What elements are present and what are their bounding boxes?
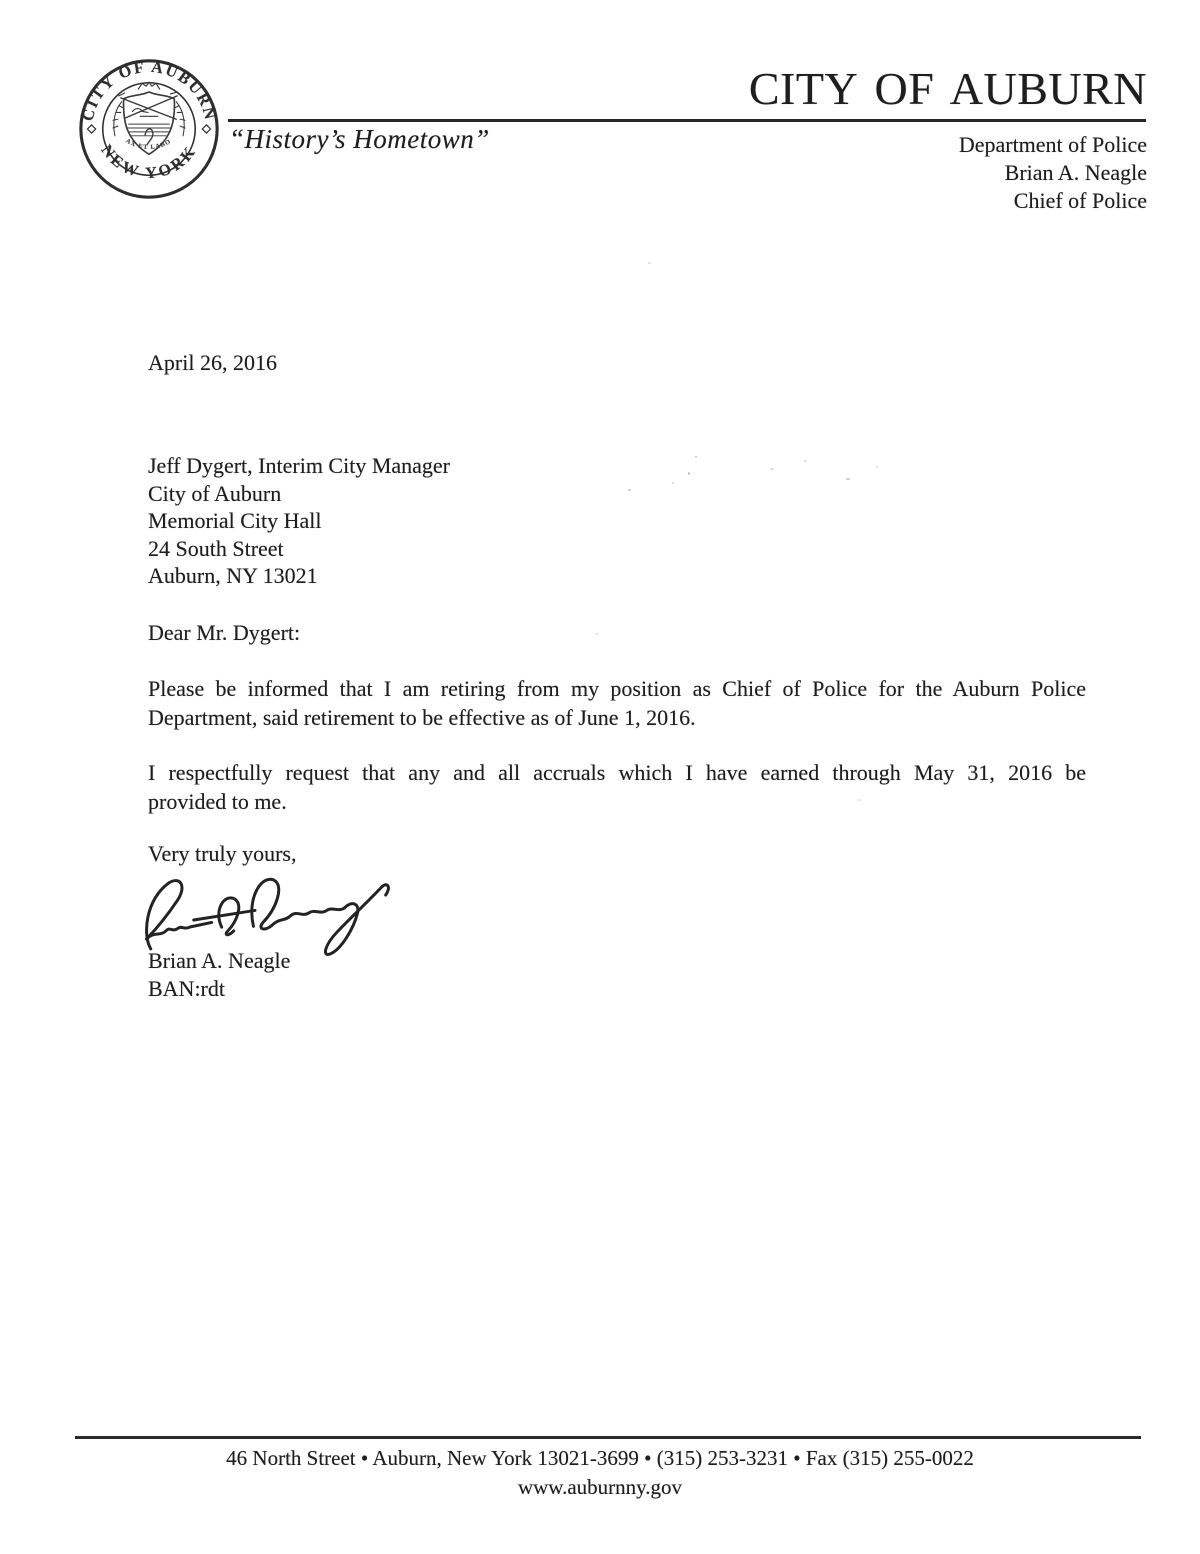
recipient-line: City of Auburn [148,480,450,508]
recipient-line: Auburn, NY 13021 [148,562,450,590]
recipient-address-block: Jeff Dygert, Interim City Manager City o… [148,452,450,590]
footer-address-line: 46 North Street • Auburn, New York 13021… [0,1446,1200,1471]
officer-name-line: Brian A. Neagle [959,159,1147,187]
closing-line: Very truly yours, [148,841,296,867]
scan-speckle [648,262,651,264]
scan-speckle [770,468,774,470]
letter-date: April 26, 2016 [148,350,277,376]
recipient-line: 24 South Street [148,535,450,563]
seal-top-text: CITY OF AUBURN [79,59,218,123]
scan-speckle [695,456,697,458]
recipient-line: Memorial City Hall [148,507,450,535]
scan-speckle [804,460,807,462]
svg-text:CITY OF AUBURN: CITY OF AUBURN [79,59,218,123]
scan-speckle [876,466,878,468]
letterhead-title: CITY OF AUBURN [749,62,1147,115]
footer-website: www.auburnny.gov [0,1475,1200,1500]
scan-speckle [672,482,674,484]
reference-initials: BAN:rdt [148,976,225,1002]
footer-rule [75,1436,1141,1439]
body-paragraph-1: Please be informed that I am retiring fr… [148,674,1086,732]
scan-speckle [628,489,631,491]
salutation: Dear Mr. Dygert: [148,620,300,646]
paragraph-line: provided to me. [148,787,1086,816]
department-line: Department of Police [959,131,1147,159]
body-paragraph-2: I respectfully request that any and all … [148,758,1086,816]
city-tagline: “History’s Hometown” [229,124,490,155]
scan-speckle [688,472,690,475]
header-rule [228,119,1146,122]
typed-signature-name: Brian A. Neagle [148,948,290,974]
city-seal-icon: CITY OF AUBURN NEW YORK [76,56,222,202]
officer-title-line: Chief of Police [959,187,1147,215]
paragraph-line: Department, said retirement to be effect… [148,703,1086,732]
letterhead-officer-block: Department of Police Brian A. Neagle Chi… [959,131,1147,215]
scan-speckle [596,633,598,635]
paragraph-line: I respectfully request that any and all … [148,758,1086,787]
scan-speckle [846,478,850,480]
paragraph-line: Please be informed that I am retiring fr… [148,674,1086,703]
scan-speckle [858,799,861,801]
letter-page: CITY OF AUBURN NEW YORK [0,0,1200,1554]
recipient-line: Jeff Dygert, Interim City Manager [148,452,450,480]
seal-crest [113,82,185,154]
